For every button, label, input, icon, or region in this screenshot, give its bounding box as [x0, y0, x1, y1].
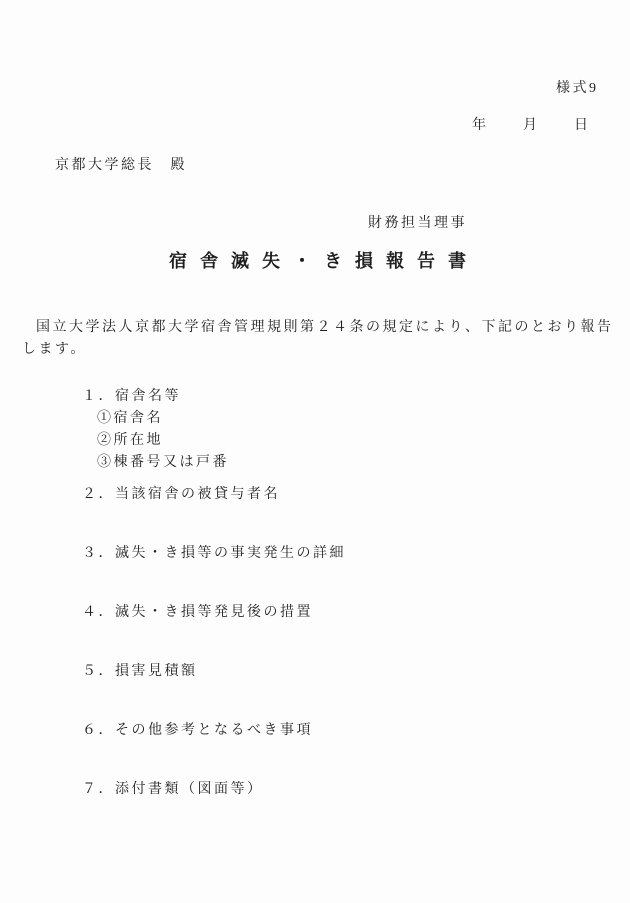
- body-paragraph-line-2: します。: [22, 339, 622, 361]
- body-paragraph-line-1: 国立大学法人京都大学宿舎管理規則第２４条の規定により、下記のとおり報告: [22, 317, 622, 339]
- document-title: 宿舎滅失・き損報告書: [169, 252, 479, 270]
- date-line: 年 月 日: [472, 119, 591, 133]
- body-paragraph: 国立大学法人京都大学宿舎管理規則第２４条の規定により、下記のとおり報告 します。: [22, 317, 622, 361]
- item-2-lessee-name: ２．当該宿舎の被貸与者名: [82, 488, 280, 502]
- document-page: 様式9 年 月 日 京都大学総長 殿 財務担当理事 宿舎滅失・き損報告書 国立大…: [0, 0, 630, 903]
- form-number: 様式9: [556, 82, 599, 96]
- addressee: 京都大学総長 殿: [55, 159, 187, 173]
- item-7-attached-documents: ７．添付書類（図面等）: [82, 783, 264, 797]
- item-6-other-reference-matters: ６．その他参考となるべき事項: [82, 724, 313, 738]
- item-1-dormitory-name: １．宿舎名等: [82, 390, 181, 404]
- sender-title: 財務担当理事: [368, 217, 467, 231]
- item-4-measures-after-discovery: ４．滅失・き損等発見後の措置: [82, 606, 313, 620]
- item-1-sub-3-building-number: ③棟番号又は戸番: [97, 456, 229, 470]
- item-3-incident-details: ３．滅失・き損等の事実発生の詳細: [82, 547, 346, 561]
- item-5-estimated-damage: ５．損害見積額: [82, 665, 198, 679]
- item-1-sub-2-location: ②所在地: [97, 434, 163, 448]
- item-1-sub-1-dormitory-name: ①宿舎名: [97, 412, 163, 426]
